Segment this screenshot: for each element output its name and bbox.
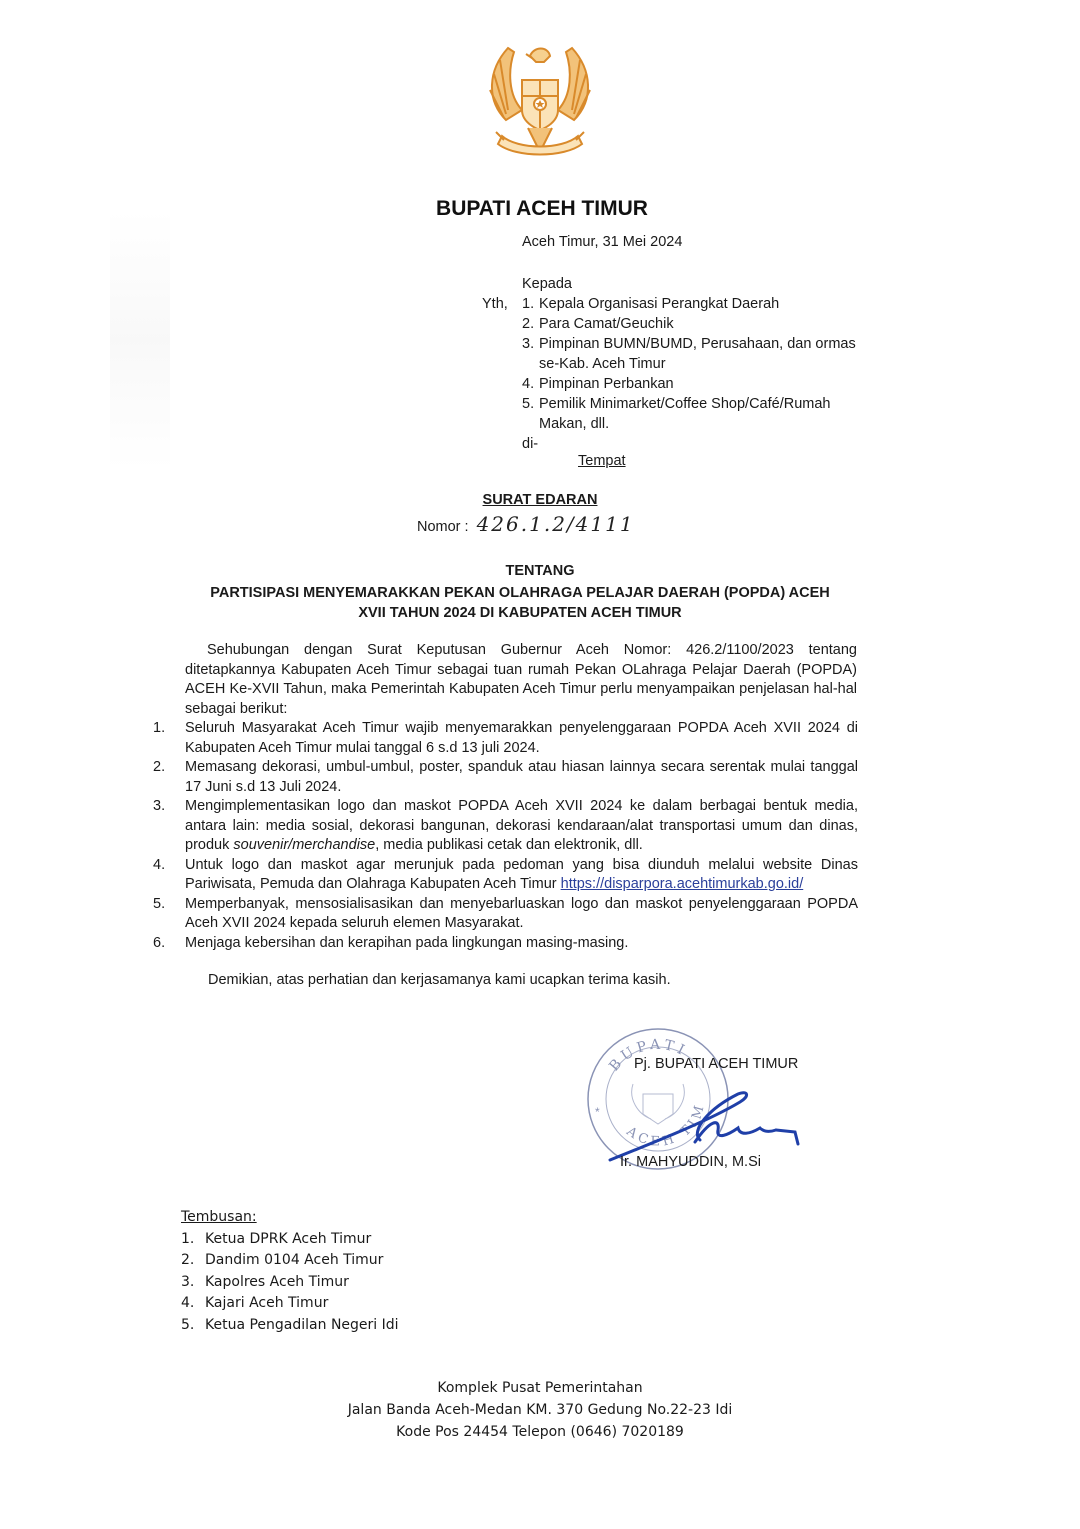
point-item: 3.Mengimplementasikan logo dan maskot PO… xyxy=(153,797,858,856)
recipients-block: Kepada Yth,1.Kepala Organisasi Perangkat… xyxy=(482,274,859,454)
point-item: 4.Untuk logo dan maskot agar merunjuk pa… xyxy=(153,856,858,895)
footer-address: Komplek Pusat Pemerintahan Jalan Banda A… xyxy=(0,1377,1080,1443)
di-label: di- xyxy=(522,434,538,454)
scan-shadow xyxy=(110,210,170,470)
recipient-item: 2.Para Camat/Geuchik xyxy=(482,314,859,334)
tembusan-list: Tembusan: 1.Ketua DPRK Aceh Timur 2.Dand… xyxy=(181,1207,399,1336)
tembusan-item: 2.Dandim 0104 Aceh Timur xyxy=(181,1250,399,1272)
garuda-emblem-icon xyxy=(478,40,602,168)
circular-number: Nomor : 426.1.2/4111 xyxy=(417,512,635,536)
tempat-label: Tempat xyxy=(578,453,626,469)
tembusan-label: Tembusan: xyxy=(181,1207,399,1229)
point-item: 5.Memperbanyak, mensosialisasikan dan me… xyxy=(153,895,858,934)
tembusan-item: 1.Ketua DPRK Aceh Timur xyxy=(181,1229,399,1251)
salutation: Yth, xyxy=(482,294,522,314)
point-item: 2.Memasang dekorasi, umbul-umbul, poster… xyxy=(153,758,858,797)
signatory-name: Ir. MAHYUDDIN, M.Si xyxy=(620,1154,761,1170)
recipient-item: 3.Pimpinan BUMN/BUMD, Perusahaan, dan or… xyxy=(482,334,859,374)
recipients-intro: Kepada xyxy=(522,274,572,294)
page-title: BUPATI ACEH TIMUR xyxy=(0,197,1080,221)
recipient-item: 5.Pemilik Minimarket/Coffee Shop/Café/Ru… xyxy=(482,394,859,434)
tembusan-item: 5.Ketua Pengadilan Negeri Idi xyxy=(181,1315,399,1337)
recipient-item: Yth,1.Kepala Organisasi Perangkat Daerah xyxy=(482,294,859,314)
tembusan-item: 4.Kajari Aceh Timur xyxy=(181,1293,399,1315)
tentang-heading: TENTANG xyxy=(0,563,1080,579)
signatory-position: Pj. BUPATI ACEH TIMUR xyxy=(634,1056,798,1072)
points-list: 1.Seluruh Masyarakat Aceh Timur wajib me… xyxy=(153,719,858,953)
closing-sentence: Demikian, atas perhatian dan kerjasamany… xyxy=(208,972,671,988)
circular-title: SURAT EDARAN xyxy=(0,492,1080,508)
point-item: 1.Seluruh Masyarakat Aceh Timur wajib me… xyxy=(153,719,858,758)
point-item: 6.Menjaga kebersihan dan kerapihan pada … xyxy=(153,934,858,954)
intro-paragraph: Sehubungan dengan Surat Keputusan Gubern… xyxy=(185,641,857,719)
place-date: Aceh Timur, 31 Mei 2024 xyxy=(522,234,682,250)
recipient-item: 4.Pimpinan Perbankan xyxy=(482,374,859,394)
subject-heading: PARTISIPASI MENYEMARAKKAN PEKAN OLAHRAGA… xyxy=(185,583,855,623)
nomor-value: 426.1.2/4111 xyxy=(477,512,635,536)
website-link[interactable]: https://disparpora.acehtimurkab.go.id/ xyxy=(561,876,804,892)
tembusan-item: 3.Kapolres Aceh Timur xyxy=(181,1272,399,1294)
nomor-label: Nomor : xyxy=(417,519,469,535)
